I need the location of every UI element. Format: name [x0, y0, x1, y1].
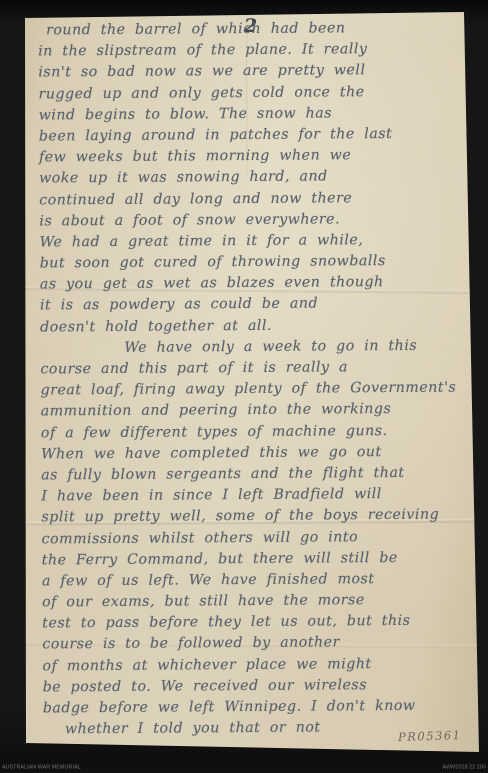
letter-line: course is to be followed by another: [42, 632, 463, 656]
letter-line: isn't so bad now as we are pretty well: [38, 60, 459, 84]
letter-line: be posted to. We received our wireless: [43, 674, 464, 698]
letter-line: as you get as wet as blazes even though: [40, 272, 461, 296]
letter-line: split up pretty well, some of the boys r…: [41, 505, 462, 529]
letter-line: of our exams, but still have the morse: [42, 590, 463, 614]
letter-paper: 2 round the barrel of which had beenin t…: [0, 0, 488, 773]
letter-line: round the barrel of which had been: [38, 18, 459, 42]
letter-line: badge before we left Winnipeg. I don't k…: [43, 695, 464, 719]
letter-line: is about a foot of snow everywhere.: [39, 208, 460, 232]
letter-line: it is as powdery as could be and: [40, 293, 461, 317]
letter-line: woke up it was snowing hard, and: [39, 166, 460, 190]
letter-line: continued all day long and now there: [39, 187, 460, 211]
scanned-letter: 2 round the barrel of which had beenin t…: [0, 0, 488, 773]
letter-line: test to pass before they let us out, but…: [42, 611, 463, 635]
letter-body: round the barrel of which had beenin the…: [25, 17, 470, 740]
letter-line: of months at whichever place we might: [42, 653, 463, 677]
letter-line: wind begins to blow. The snow has: [39, 102, 460, 126]
letter-line: of a few different types of machine guns…: [41, 420, 462, 444]
letter-line: a few of us left. We have finished most: [42, 568, 463, 592]
letter-line: course and this part of it is really a: [40, 356, 461, 380]
letter-line: I have been in since I left Bradfield wi…: [41, 484, 462, 508]
collection-number: PR05361: [398, 728, 462, 744]
awm-watermark-right: AWM2018 22 200: [443, 764, 486, 770]
letter-line: but soon got cured of throwing snowballs: [40, 251, 461, 275]
letter-line: been laying around in patches for the la…: [39, 123, 460, 147]
letter-line: the Ferry Command, but there will still …: [42, 547, 463, 571]
letter-line: We have only a week to go in this: [40, 335, 461, 359]
letter-line: doesn't hold together at all.: [40, 314, 461, 338]
letter-line: rugged up and only gets cold once the: [38, 81, 459, 105]
letter-line: ammunition and peering into the workings: [41, 399, 462, 423]
letter-line: few weeks but this morning when we: [39, 145, 460, 169]
awm-watermark-left: AUSTRALIAN WAR MEMORIAL: [2, 764, 81, 770]
letter-line: in the slipstream of the plane. It reall…: [38, 39, 459, 63]
letter-line: commissions whilst others will go into: [42, 526, 463, 550]
letter-line: great loaf, firing away plenty of the Go…: [41, 378, 462, 402]
letter-line: as fully blown sergeants and the flight …: [41, 462, 462, 486]
letter-line: We had a great time in it for a while,: [39, 229, 460, 253]
letter-line: When we have completed this we go out: [41, 441, 462, 465]
